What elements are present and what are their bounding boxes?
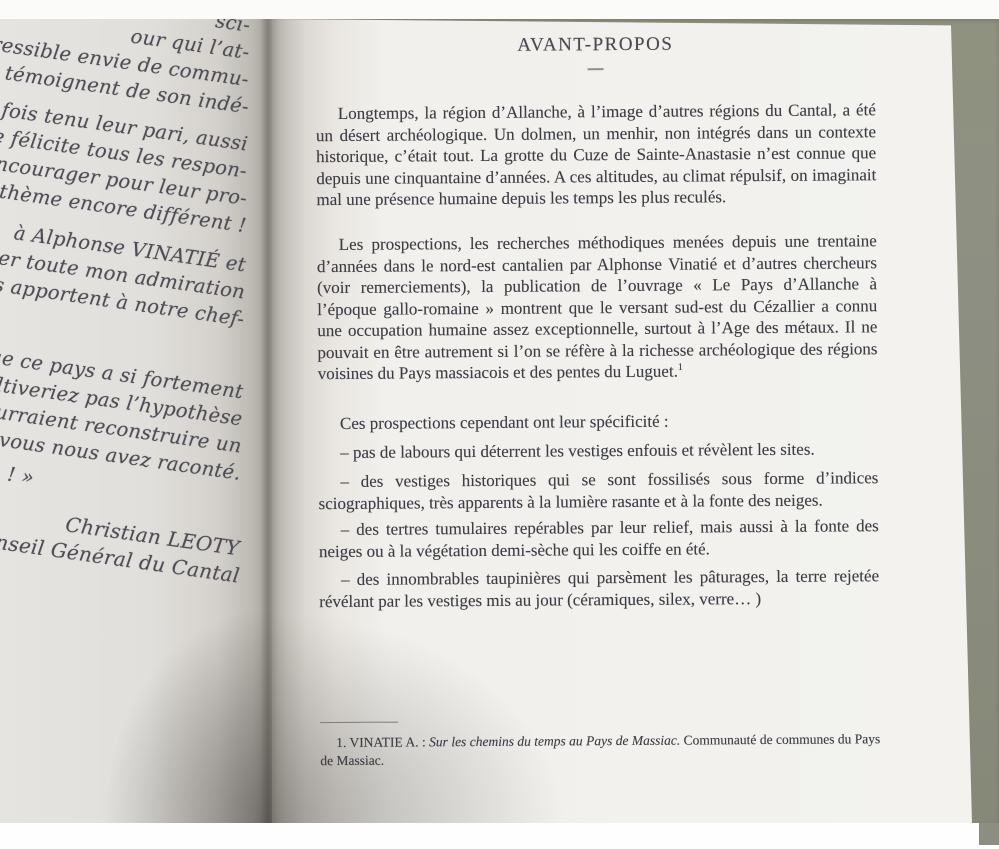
footnote-rule [320, 722, 398, 724]
left-page-quote-close: ! » [6, 462, 36, 491]
paragraph-2-text: Les prospections, les recherches méthodi… [317, 231, 878, 383]
footnote: 1. VINATIE A. : Sur les chemins du temps… [320, 730, 880, 769]
title-rule [588, 68, 604, 70]
footnote-prefix: 1. VINATIE A. : [336, 734, 429, 750]
list-item: – des vestiges historiques qui se sont f… [318, 467, 878, 514]
book-photo: sci- our qui l’at- pressible envie de co… [0, 0, 999, 849]
photo-area: sci- our qui l’at- pressible envie de co… [0, 19, 999, 823]
footnote-marker: 1 [678, 362, 683, 373]
page-title: AVANT-PROPOS [315, 32, 875, 58]
bottom-white-band [0, 823, 999, 849]
paragraph-3: Ces prospections cependant ont leur spéc… [318, 409, 878, 434]
top-white-band [0, 0, 999, 19]
gutter-fold [260, 19, 278, 823]
right-page-content: AVANT-PROPOS Longtemps, la région d’Alla… [269, 19, 975, 823]
list-item: – des innombrables taupinières qui parsè… [319, 565, 879, 612]
fabric-corner [979, 823, 999, 845]
list-item: – des tertres tumulaires repérables par … [319, 515, 879, 562]
left-page-text: sci- our qui l’at- pressible envie de co… [0, 19, 252, 647]
left-page: sci- our qui l’at- pressible envie de co… [0, 19, 272, 823]
footnote-work-title: Sur les chemins du temps au Pays de Mass… [429, 733, 680, 750]
paragraph-1: Longtemps, la région d’Allanche, à l’ima… [316, 99, 877, 210]
paragraph-2: Les prospections, les recherches méthodi… [317, 230, 878, 384]
right-page: AVANT-PROPOS Longtemps, la région d’Alla… [272, 19, 972, 823]
list-item: – pas de labours qui déterrent les vesti… [318, 438, 878, 463]
